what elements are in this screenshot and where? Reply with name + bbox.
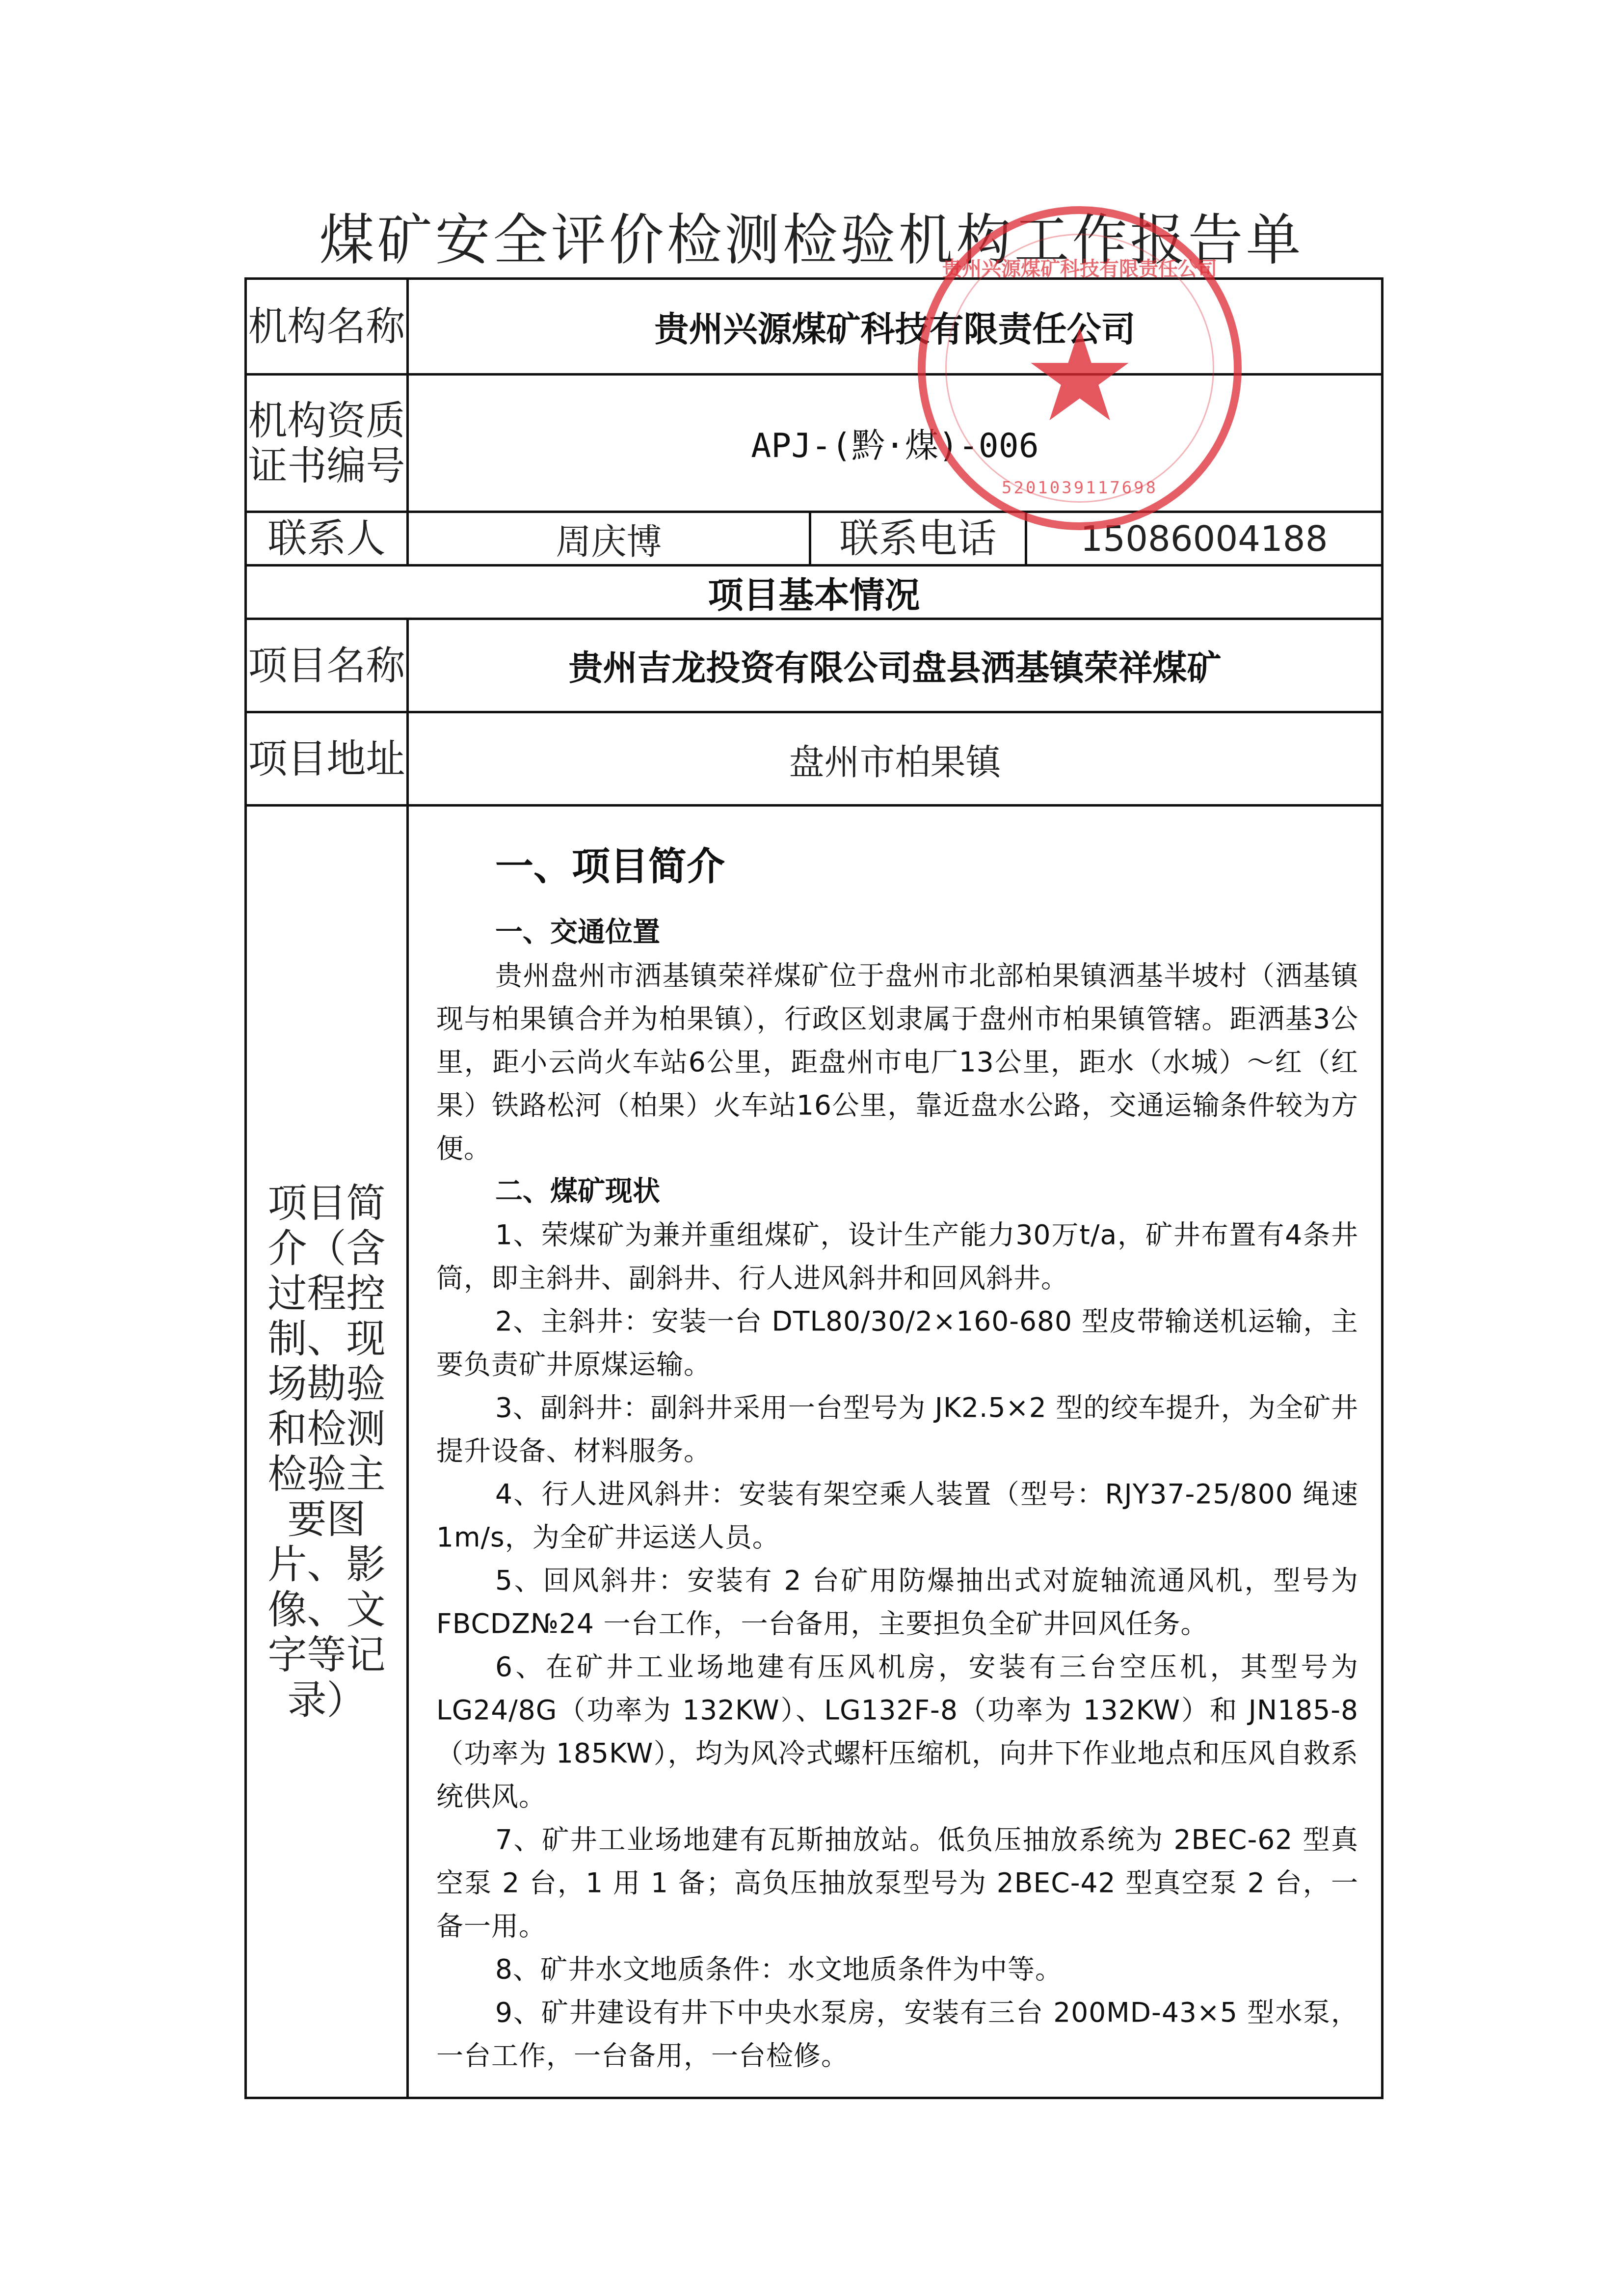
- project-name-label: 项目名称: [246, 619, 408, 712]
- paragraph: 5、回风斜井：安装有 2 台矿用防爆抽出式对旋轴流通风机，型号为 FBCDZ№2…: [436, 1559, 1358, 1645]
- project-addr-row: 项目地址 盘州市柏果镇: [246, 712, 1383, 806]
- paragraph: 4、行人进风斜井：安装有架空乘人装置（型号：RJY37-25/800 绳速 1m…: [436, 1472, 1358, 1559]
- cert-value: APJ-(黔·煤)-006: [408, 375, 1383, 512]
- cert-label: 机构资质证书编号: [246, 375, 408, 512]
- phone-value: 15086004188: [1026, 512, 1383, 566]
- summary-row: 项目简介（含过程控制、现场勘验和检测检验主要图片、影像、文字等记录） 一、项目简…: [246, 806, 1383, 2098]
- paragraph: 贵州盘州市洒基镇荣祥煤矿位于盘州市北部柏果镇洒基半坡村（洒基镇现与柏果镇合并为柏…: [436, 954, 1358, 1170]
- paragraph: 9、矿井建设有井下中央水泵房，安装有三台 200MD-43×5 型水泵，一台工作…: [436, 1991, 1358, 2077]
- summary-heading: 一、项目简介: [495, 836, 1358, 891]
- contact-value: 周庆博: [408, 512, 810, 566]
- project-name-value: 贵州吉龙投资有限公司盘县洒基镇荣祥煤矿: [408, 619, 1383, 712]
- subheading-traffic: 一、交通位置: [495, 911, 1358, 954]
- paragraph: 2、主斜井：安装一台 DTL80/30/2×160-680 型皮带输送机运输，主…: [436, 1299, 1358, 1386]
- section-row: 项目基本情况: [246, 566, 1383, 619]
- summary-content: 一、项目简介 一、交通位置 贵州盘州市洒基镇荣祥煤矿位于盘州市北部柏果镇洒基半坡…: [408, 806, 1383, 2098]
- contact-label: 联系人: [246, 512, 408, 566]
- project-addr-value: 盘州市柏果镇: [408, 712, 1383, 806]
- phone-label: 联系电话: [810, 512, 1026, 566]
- document-title: 煤矿安全评价检测检验机构工作报告单: [0, 196, 1623, 275]
- summary-label: 项目简介（含过程控制、现场勘验和检测检验主要图片、影像、文字等记录）: [246, 806, 408, 2098]
- project-name-row: 项目名称 贵州吉龙投资有限公司盘县洒基镇荣祥煤矿: [246, 619, 1383, 712]
- report-form-table: 机构名称 贵州兴源煤矿科技有限责任公司 机构资质证书编号 APJ-(黔·煤)-0…: [244, 277, 1384, 2099]
- section-title: 项目基本情况: [246, 566, 1383, 619]
- org-name-label: 机构名称: [246, 279, 408, 375]
- org-name-row: 机构名称 贵州兴源煤矿科技有限责任公司: [246, 279, 1383, 375]
- org-name-value: 贵州兴源煤矿科技有限责任公司: [408, 279, 1383, 375]
- cert-row: 机构资质证书编号 APJ-(黔·煤)-006: [246, 375, 1383, 512]
- subheading-status: 二、煤矿现状: [495, 1170, 1358, 1213]
- paragraph: 8、矿井水文地质条件：水文地质条件为中等。: [436, 1947, 1358, 1991]
- contact-row: 联系人 周庆博 联系电话 15086004188: [246, 512, 1383, 566]
- paragraph: 7、矿井工业场地建有瓦斯抽放站。低负压抽放系统为 2BEC-62 型真空泵 2 …: [436, 1818, 1358, 1947]
- paragraph: 1、荣煤矿为兼并重组煤矿，设计生产能力30万t/a，矿井布置有4条井筒，即主斜井…: [436, 1213, 1358, 1299]
- project-addr-label: 项目地址: [246, 712, 408, 806]
- paragraph: 6、在矿井工业场地建有压风机房，安装有三台空压机，其型号为 LG24/8G（功率…: [436, 1645, 1358, 1818]
- paragraph: 3、副斜井：副斜井采用一台型号为 JK2.5×2 型的绞车提升，为全矿井提升设备…: [436, 1386, 1358, 1472]
